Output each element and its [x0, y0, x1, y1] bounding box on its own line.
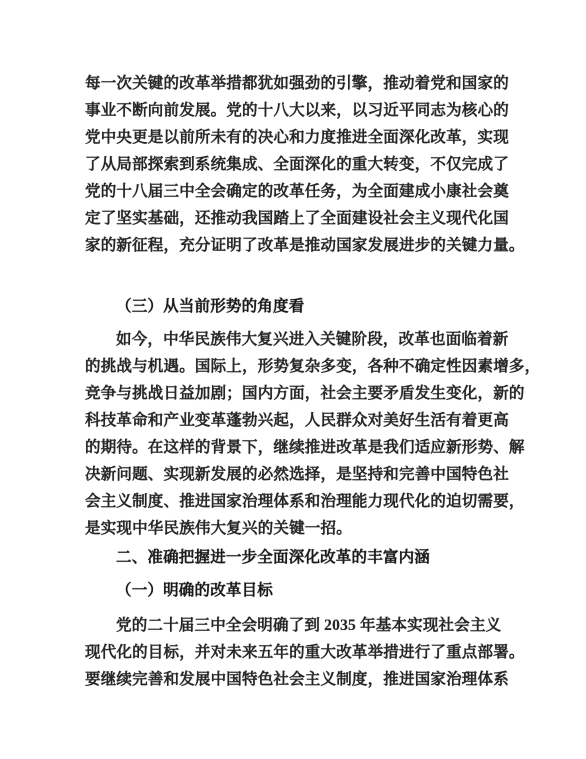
- heading-text: （一）明确的改革目标: [85, 577, 545, 604]
- heading-text: 二、准确把握进一步全面深化改革的丰富内涵: [85, 544, 545, 571]
- text-line: 党的十八届三中全会确定的改革任务，为全面建成小康社会奠: [85, 178, 545, 205]
- text-line: 如今，中华民族伟大复兴进入关键阶段，改革也面临着新: [85, 326, 545, 353]
- text-line: 党中央更是以前所未有的决心和力度推进全面深化改革，实现: [85, 124, 545, 151]
- text-line: 是实现中华民族伟大复兴的关键一招。: [85, 515, 545, 542]
- text-line: 家的新征程，充分证明了改革是推动国家发展进步的关键力量。: [85, 232, 545, 259]
- text-line: 的期待。在这样的背景下，继续推进改革是我们适应新形势、解: [85, 434, 545, 461]
- text-line: 事业不断向前发展。党的十八大以来，以习近平同志为核心的: [85, 97, 545, 124]
- text-line: 每一次关键的改革举措都犹如强劲的引擎，推动着党和国家的: [85, 70, 545, 97]
- text-line: 决新问题、实现新发展的必然选择，是坚持和完善中国特色社: [85, 461, 545, 488]
- paragraph-reform-engine: 每一次关键的改革举措都犹如强劲的引擎，推动着党和国家的 事业不断向前发展。党的十…: [85, 70, 545, 259]
- text-line: 党的二十届三中全会明确了到 2035 年基本实现社会主义: [85, 612, 545, 639]
- text-line: 要继续完善和发展中国特色社会主义制度，推进国家治理体系: [85, 666, 545, 693]
- text-line: 会主义制度、推进国家治理体系和治理能力现代化的迫切需要，: [85, 488, 545, 515]
- text-line: 竞争与挑战日益加剧；国内方面，社会主要矛盾发生变化，新的: [85, 380, 545, 407]
- text-line: 的挑战与机遇。国际上，形势复杂多变，各种不确定性因素增多，: [85, 353, 545, 380]
- text-line: 定了坚实基础，还推动我国踏上了全面建设社会主义现代化国: [85, 205, 545, 232]
- heading-text: （三）从当前形势的角度看: [85, 293, 545, 320]
- text-line: 了从局部探索到系统集成、全面深化的重大转变，不仅完成了: [85, 151, 545, 178]
- text-line: 现代化的目标，并对未来五年的重大改革举措进行了重点部署。: [85, 639, 545, 666]
- heading-part-two: 二、准确把握进一步全面深化改革的丰富内涵: [85, 544, 545, 571]
- text-line: 科技革命和产业变革蓬勃兴起，人民群众对美好生活有着更高: [85, 407, 545, 434]
- paragraph-current-situation: 如今，中华民族伟大复兴进入关键阶段，改革也面临着新 的挑战与机遇。国际上，形势复…: [85, 326, 545, 542]
- scanned-document-page: 每一次关键的改革举措都犹如强劲的引擎，推动着党和国家的 事业不断向前发展。党的十…: [0, 0, 586, 759]
- heading-section-one: （一）明确的改革目标: [85, 577, 545, 604]
- paragraph-reform-goals: 党的二十届三中全会明确了到 2035 年基本实现社会主义 现代化的目标，并对未来…: [85, 612, 545, 693]
- text-column: 每一次关键的改革举措都犹如强劲的引擎，推动着党和国家的 事业不断向前发展。党的十…: [85, 0, 545, 759]
- heading-section-three: （三）从当前形势的角度看: [85, 293, 545, 320]
